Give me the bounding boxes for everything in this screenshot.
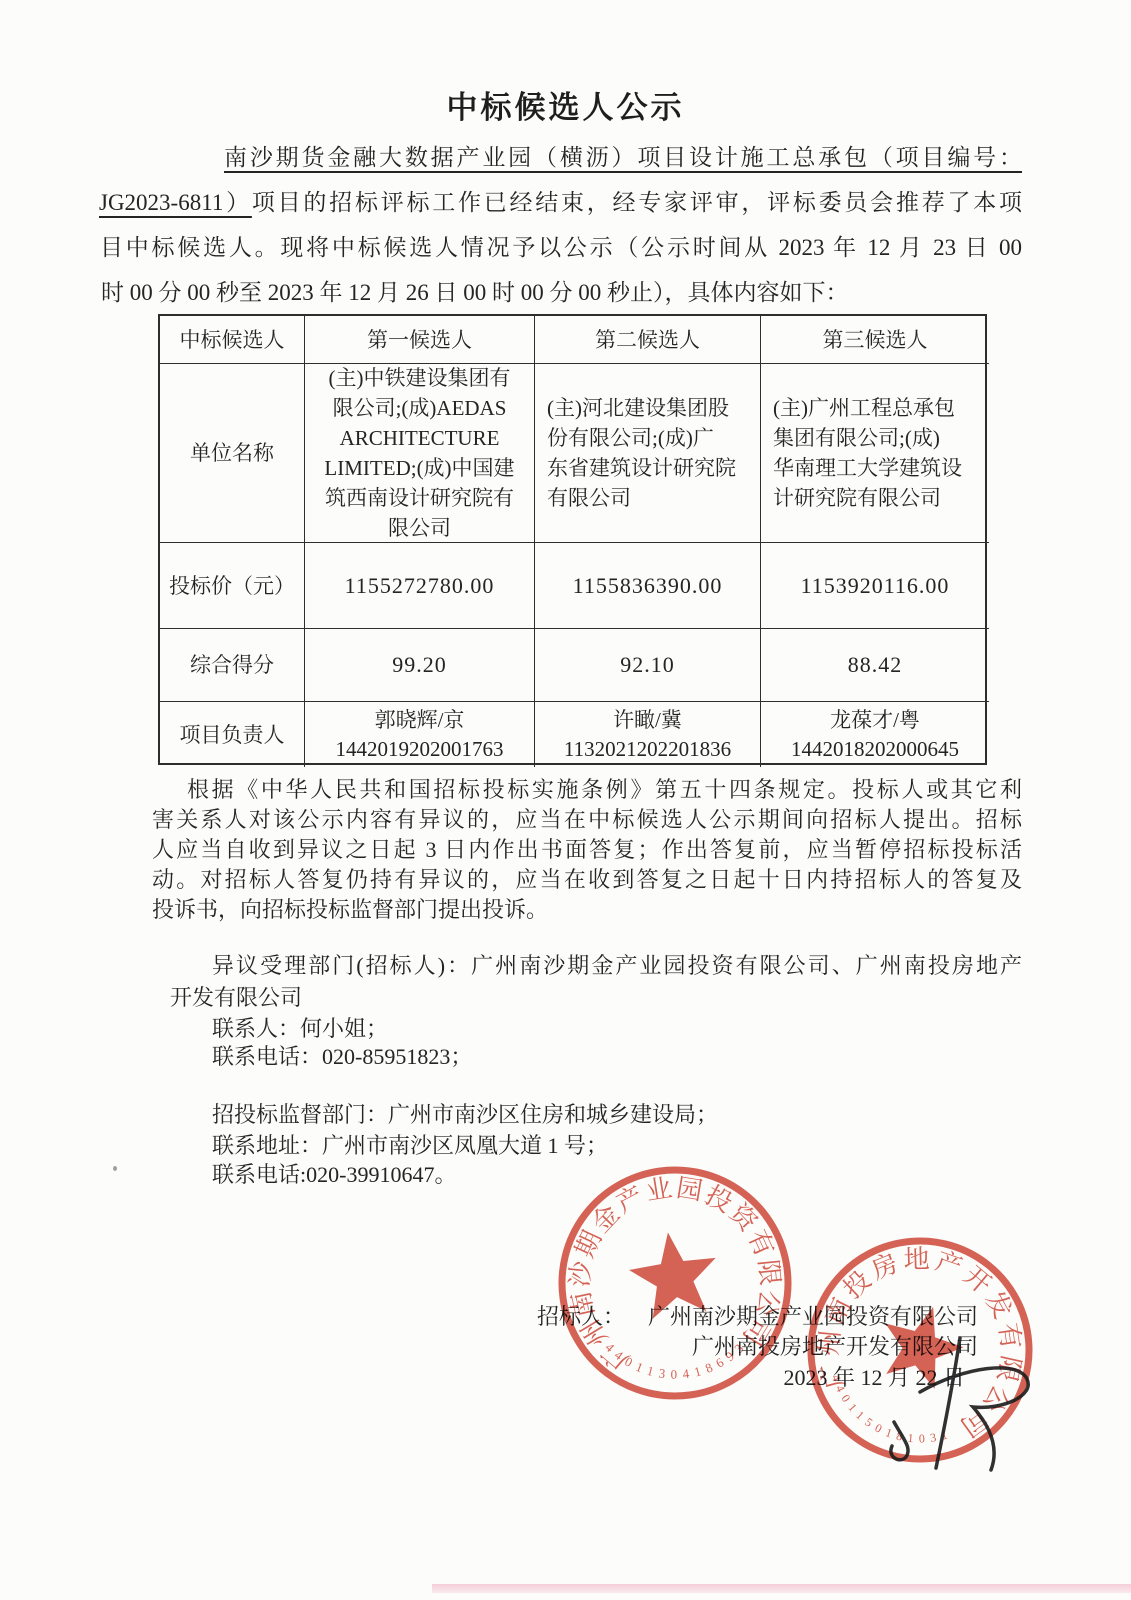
objection-contact-phone: 联系电话：020-85951823；: [212, 1042, 472, 1071]
scan-artifact-dot: [113, 1166, 117, 1171]
legal-line-5: 投诉书，向招标投标监督部门提出投诉。: [152, 895, 548, 924]
score-second: 92.10: [535, 629, 761, 702]
row-label-bid-price: 投标价（元）: [160, 543, 305, 629]
legal-line-3: 人应当自收到异议之日起 3 日内作出书面答复；作出答复前，应当暂停招标投标活: [152, 835, 1022, 864]
supervision-dept: 招投标监督部门：广州市南沙区住房和城乡建设局；: [212, 1100, 718, 1129]
row-label-project-manager: 项目负责人: [160, 702, 305, 767]
legal-line-2: 害关系人对该公示内容有异议的，应当在中标候选人公示期间向招标人提出。招标: [152, 805, 1022, 834]
bid-price-first: 1155272780.00: [305, 543, 535, 629]
intro-line-2: JG2023-6811）项目的招标评标工作已经结束，经专家评审，评标委员会推荐了…: [99, 188, 1022, 218]
intro-line-3: 目中标候选人。现将中标候选人情况予以公示（公示时间从 2023 年 12 月 2…: [100, 233, 1022, 263]
table-header-first: 第一候选人: [305, 316, 535, 364]
left-company-seal: 广州南沙期金产业园投资有限公司 4401130418693: [534, 1142, 816, 1424]
supervision-phone: 联系电话:020-39910647。: [212, 1160, 456, 1189]
bid-price-third: 1153920116.00: [761, 543, 989, 629]
unit-name-second: (主)河北建设集团股 份有限公司;(成)广 东省建筑设计研究院 有限公司: [535, 364, 761, 543]
project-manager-first: 郭晓辉/京 1442019202001763: [305, 702, 535, 767]
document-page: { "title": "中标候选人公示", "intro": { "line1"…: [0, 0, 1131, 1600]
objection-dept-wrap: 开发有限公司: [170, 983, 302, 1012]
table-header-third: 第三候选人: [761, 316, 989, 364]
project-manager-third: 龙葆才/粤 1442018202000645: [761, 702, 989, 767]
row-label-unit-name: 单位名称: [160, 364, 305, 543]
objection-dept-line: 异议受理部门(招标人)：广州南沙期金产业园投资有限公司、广州南投房地产: [212, 951, 1022, 980]
candidates-table: 中标候选人 第一候选人 第二候选人 第三候选人 单位名称 (主)中铁建设集团有 …: [158, 314, 987, 765]
intro-line-4: 时 00 分 00 秒至 2023 年 12 月 26 日 00 时 00 分 …: [101, 278, 849, 308]
scan-artifact-band: [432, 1584, 1131, 1593]
objection-contact-person: 联系人：何小姐；: [212, 1014, 388, 1043]
table-header-candidate: 中标候选人: [160, 316, 305, 364]
page-title: 中标候选人公示: [0, 82, 1131, 127]
score-third: 88.42: [761, 629, 989, 702]
supervision-address: 联系地址：广州市南沙区凤凰大道 1 号；: [212, 1131, 608, 1160]
row-label-score: 综合得分: [160, 629, 305, 702]
project-name-underlined: 南沙期货金融大数据产业园（横沥）项目设计施工总承包（项目编号：: [224, 145, 1022, 170]
left-seal-star: [625, 1226, 723, 1321]
unit-name-first: (主)中铁建设集团有 限公司;(成)AEDAS ARCHITECTURE LIM…: [305, 364, 535, 543]
score-first: 99.20: [305, 629, 535, 702]
project-manager-second: 许瞰/冀 1132021202201836: [535, 702, 761, 767]
intro-line-1: 南沙期货金融大数据产业园（横沥）项目设计施工总承包（项目编号：: [224, 143, 1022, 173]
legal-line-4: 动。对招标人答复仍持有异议的，应当在收到答复之日起十日内持招标人的答复及: [152, 865, 1022, 894]
intro-line-2-rest: 项目的招标评标工作已经结束，经专家评审，评标委员会推荐了本项: [252, 190, 1022, 215]
bid-price-second: 1155836390.00: [535, 543, 761, 629]
legal-line-1: 根据《中华人民共和国招标投标实施条例》第五十四条规定。投标人或其它利: [187, 775, 1022, 804]
handwritten-signature: [860, 1330, 1050, 1500]
project-code-underlined: JG2023-6811）: [99, 190, 252, 215]
unit-name-third: (主)广州工程总承包 集团有限公司;(成) 华南理工大学建筑设 计研究院有限公司: [761, 364, 989, 543]
table-header-second: 第二候选人: [535, 316, 761, 364]
